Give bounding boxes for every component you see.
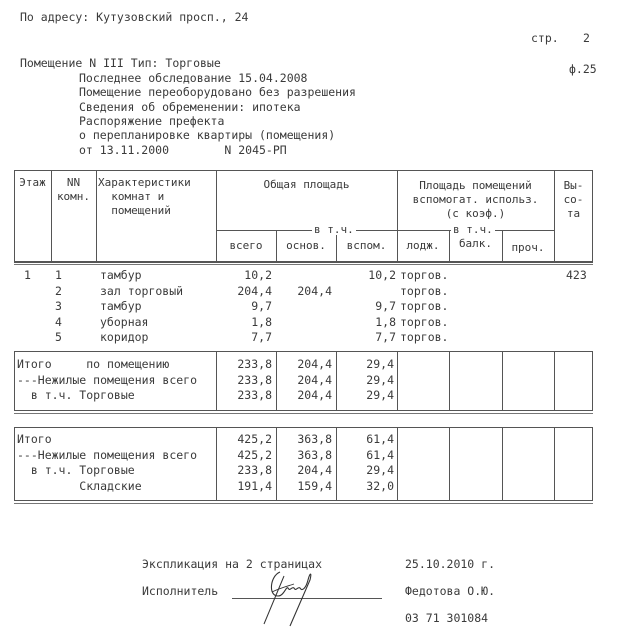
- header-aux-area: Площадь помещений вспомогат. использ. (с…: [397, 179, 554, 221]
- cell-type: торгов.: [400, 299, 448, 314]
- header-total-area: Общая площадь: [216, 178, 397, 192]
- cell-name: коридор: [100, 330, 148, 345]
- cell-aux: 29,4: [336, 388, 394, 403]
- document-code: 03 71 301084: [405, 611, 488, 625]
- cell-total: 425,2: [216, 448, 272, 463]
- divider: [554, 351, 555, 411]
- header-other: проч.: [502, 241, 554, 255]
- cell-aux: 10,2: [336, 268, 396, 283]
- cell-main: 204,4: [276, 463, 332, 478]
- info-line: Сведения об обременении: ипотека: [79, 100, 301, 114]
- summary-label: ---Нежилые помещения всего: [17, 373, 197, 388]
- cell-total: 7,7: [216, 330, 272, 345]
- divider: [449, 351, 450, 411]
- divider: [276, 427, 277, 501]
- cell-name: уборная: [100, 315, 148, 330]
- header-loggia: лодж.: [397, 239, 449, 253]
- address-line: По адресу: Кутузовский просп., 24: [20, 10, 248, 24]
- header-balcony: балк.: [449, 237, 502, 251]
- cell-aux: 29,4: [336, 357, 394, 372]
- info-line: Помещение переоборудовано без разрешения: [79, 85, 356, 99]
- cell-main: 204,4: [276, 388, 332, 403]
- cell-room-no: 2: [55, 284, 62, 299]
- summary-label: Итого по помещению: [17, 357, 169, 372]
- divider: [502, 427, 503, 501]
- cell-aux: 7,7: [336, 330, 396, 345]
- header-incl-1: в т.ч.: [312, 225, 356, 235]
- form-label: ф.25: [569, 62, 597, 76]
- divider: [554, 427, 555, 501]
- cell-room-no: 4: [55, 315, 62, 330]
- cell-main: 204,4: [276, 357, 332, 372]
- cell-aux: 1,8: [336, 315, 396, 330]
- divider: [397, 351, 398, 411]
- cell-total: 1,8: [216, 315, 272, 330]
- cell-type: торгов.: [400, 330, 448, 345]
- header-total: всего: [216, 239, 276, 253]
- cell-floor: 1: [24, 268, 31, 283]
- summary-label: в т.ч. Торговые: [17, 388, 135, 403]
- cell-aux: 32,0: [336, 479, 394, 494]
- cell-total: 233,8: [216, 357, 272, 372]
- cell-aux: 61,4: [336, 448, 394, 463]
- cell-type: торгов.: [400, 315, 448, 330]
- page-label: стр.: [531, 31, 559, 45]
- cell-room-no: 3: [55, 299, 62, 314]
- summary-label: Складские: [17, 479, 142, 494]
- cell-aux: 9,7: [336, 299, 396, 314]
- cell-main: 204,4: [276, 284, 332, 299]
- executor-label: Исполнитель: [142, 584, 218, 598]
- divider: [449, 427, 450, 501]
- summary-label: Итого: [17, 432, 52, 447]
- divider: [216, 351, 217, 411]
- header-height: Вы- со- та: [554, 179, 593, 221]
- divider: [216, 427, 217, 501]
- cell-name: тамбур: [100, 299, 142, 314]
- header-aux: вспом.: [336, 239, 397, 253]
- cell-aux: 61,4: [336, 432, 394, 447]
- divider: [96, 170, 97, 262]
- divider: [336, 427, 337, 501]
- cell-main: 363,8: [276, 432, 332, 447]
- divider: [14, 410, 593, 414]
- explication-date: 25.10.2010 г.: [405, 557, 495, 571]
- divider: [14, 261, 593, 265]
- info-line: от 13.11.2000 N 2045-РП: [79, 143, 287, 157]
- cell-total: 233,8: [216, 463, 272, 478]
- divider: [502, 351, 503, 411]
- cell-type: торгов.: [400, 268, 448, 283]
- executor-name: Федотова О.Ю.: [405, 584, 495, 598]
- cell-total: 425,2: [216, 432, 272, 447]
- cell-total: 233,8: [216, 388, 272, 403]
- summary-label: в т.ч. Торговые: [17, 463, 135, 478]
- signature-icon: [250, 566, 330, 628]
- cell-type: торгов.: [400, 284, 448, 299]
- header-room-no: NN комн.: [51, 176, 96, 204]
- cell-name: тамбур: [100, 268, 142, 283]
- page-number: 2: [583, 31, 590, 45]
- header-floor: Этаж: [14, 176, 51, 190]
- cell-name: зал торговый: [100, 284, 183, 299]
- divider: [276, 351, 277, 411]
- cell-aux: 29,4: [336, 373, 394, 388]
- cell-main: 363,8: [276, 448, 332, 463]
- divider: [336, 351, 337, 411]
- cell-aux: 29,4: [336, 463, 394, 478]
- divider: [216, 230, 554, 231]
- summary-label: ---Нежилые помещения всего: [17, 448, 197, 463]
- info-line: о перепланировке квартиры (помещения): [79, 128, 335, 142]
- divider: [397, 427, 398, 501]
- cell-main: 159,4: [276, 479, 332, 494]
- cell-total: 191,4: [216, 479, 272, 494]
- info-line: Последнее обследование 15.04.2008: [79, 71, 307, 85]
- header-main: основ.: [276, 239, 336, 253]
- cell-room-no: 1: [55, 268, 62, 283]
- info-line: Распоряжение префекта: [79, 114, 224, 128]
- cell-total: 233,8: [216, 373, 272, 388]
- header-incl-2: в т.ч.: [451, 225, 495, 235]
- premises-line: Помещение N III Тип: Торговые: [20, 56, 221, 70]
- cell-total: 9,7: [216, 299, 272, 314]
- cell-height: 423: [566, 268, 587, 283]
- cell-total: 204,4: [216, 284, 272, 299]
- divider: [14, 500, 593, 504]
- header-description: Характеристики комнат и помещений: [98, 176, 216, 218]
- cell-total: 10,2: [216, 268, 272, 283]
- cell-main: 204,4: [276, 373, 332, 388]
- cell-room-no: 5: [55, 330, 62, 345]
